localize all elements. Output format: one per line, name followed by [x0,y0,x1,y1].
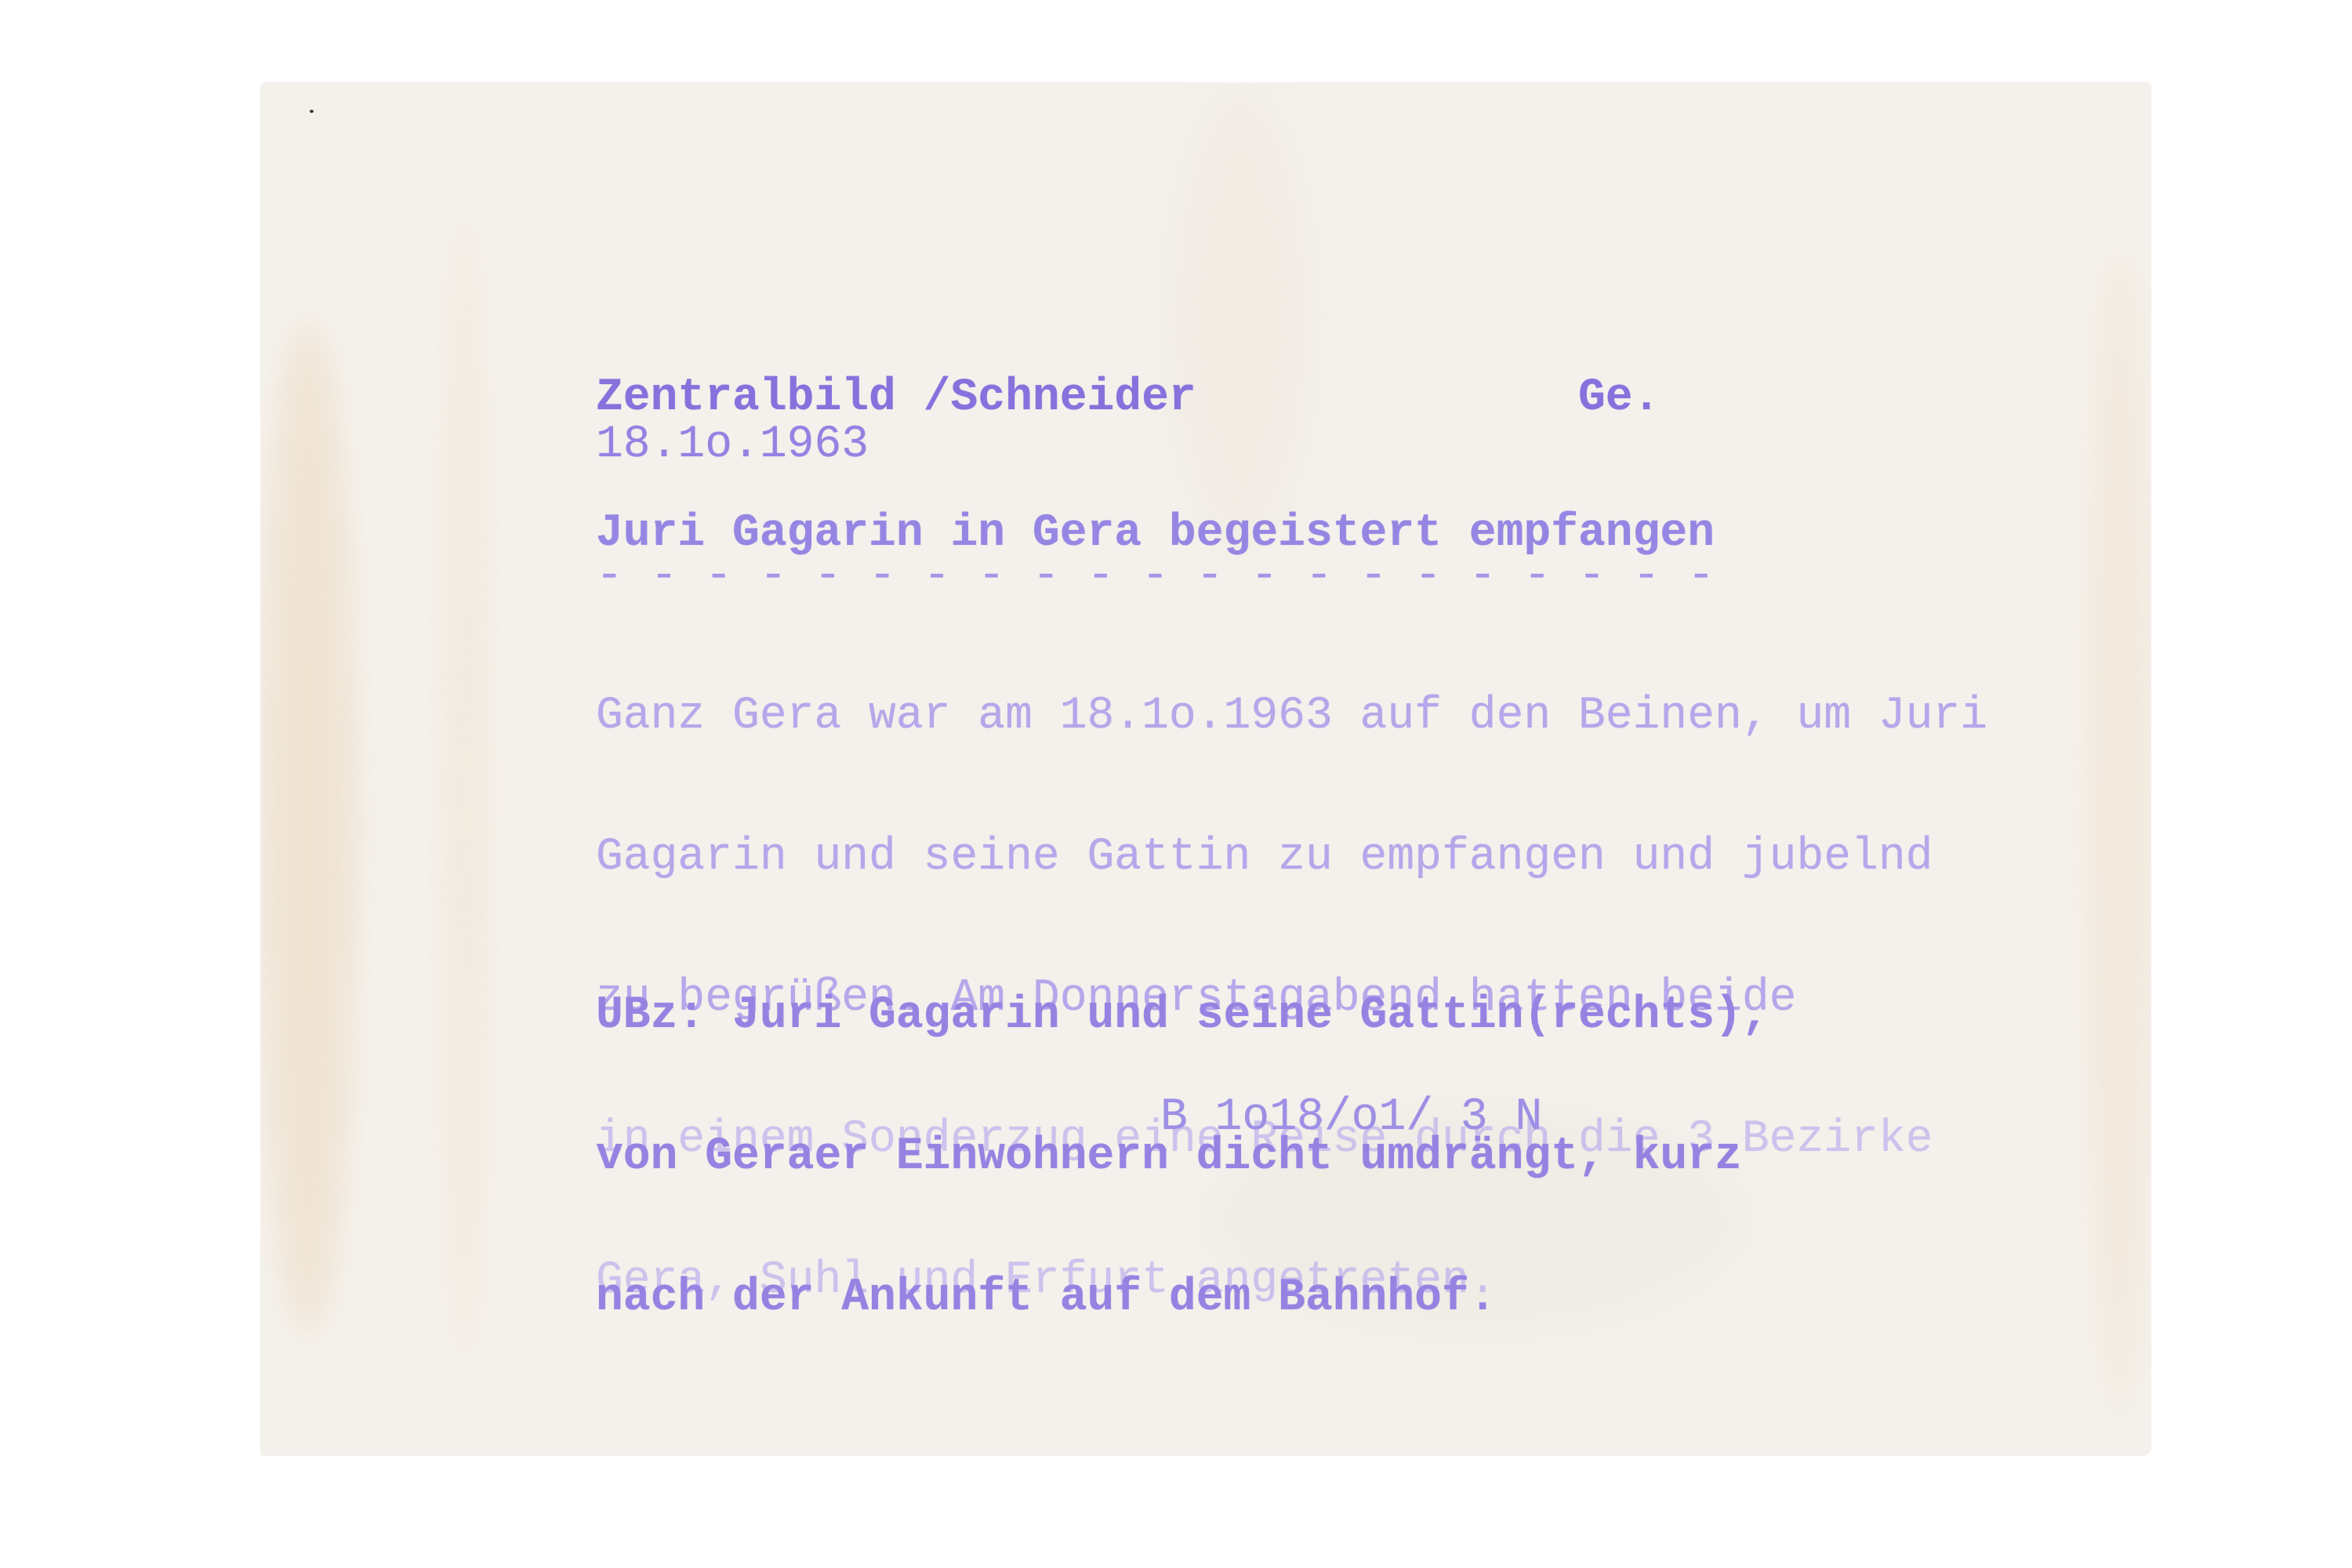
body-line: Gagarin und seine Gattin zu empfangen un… [596,834,1987,881]
photo-caption: UBz: Juri Gagarin und seine Gattin(recht… [596,898,1769,1416]
reference-number: B 1o18/o1/ 3 N [1160,1094,1542,1142]
agency-credit: Zentralbild /Schneider [596,375,1196,422]
photo-back-paper: Zentralbild /Schneider Ge. 18.1o.1963 Ju… [261,83,2151,1455]
paper-stain [441,201,488,1377]
headline: Juri Gagarin in Gera begeistert empfange… [596,510,1715,557]
editor-initials: Ge. [1578,375,1660,422]
paper-stain [261,318,355,1338]
date-line: 18.1o.1963 [596,422,869,469]
paper-stain [2088,240,2151,1416]
caption-line: UBz: Juri Gagarin und seine Gattin(recht… [596,993,1769,1040]
caption-line: nach der Ankunft auf dem Bahnhof. [596,1275,1769,1322]
paper-stain [1163,83,1319,554]
paper-speck [310,110,314,113]
body-line: Ganz Gera war am 18.1o.1963 auf den Bein… [596,693,1987,740]
headline-underline: - - - - - - - - - - - - - - - - - - - - … [596,554,1715,601]
